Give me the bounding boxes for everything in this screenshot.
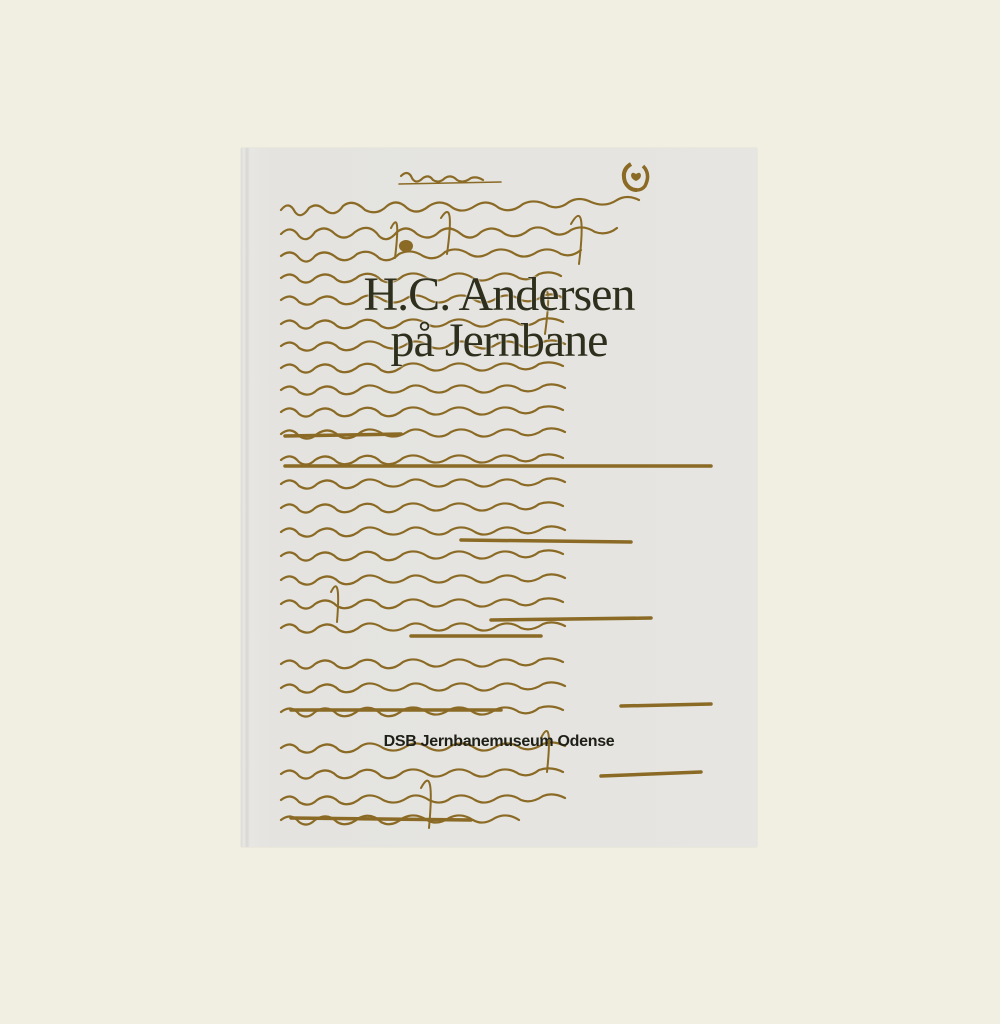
book-cover: H.C. Andersen på Jernbane DSB Jernbanemu…	[241, 148, 757, 847]
hca-emblem-icon	[619, 160, 653, 194]
book-title: H.C. Andersen på Jernbane	[241, 272, 757, 364]
title-line-2: på Jernbane	[241, 318, 757, 364]
title-line-1: H.C. Andersen	[241, 272, 757, 318]
publisher-name: DSB Jernbanemuseum Odense	[241, 733, 757, 751]
